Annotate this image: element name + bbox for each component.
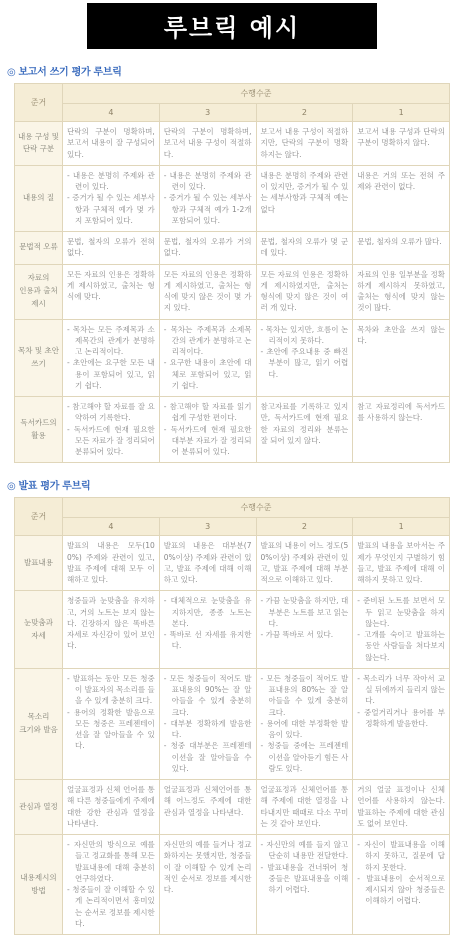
cell-text: 문법, 철자의 오류가 몇 군데 있다.	[261, 236, 349, 259]
cell-text: - 증거가 될 수 있는 세부사항과 구체적 예가 몇 가지 포함되어 있다.	[67, 192, 155, 226]
criteria-cell: 문법적 오류	[15, 232, 63, 265]
cell-text: 내용은 분명히 주제와 관련이 있지만, 증거가 될 수 있는 세부사항과 구체…	[261, 170, 349, 215]
level-cell: - 목차는 모든 주제목과 소제목간의 관계가 분명하고 논리적이다.- 초안에…	[63, 319, 160, 397]
presentation-rubric-table: 준거 수행수준 4321 발표내용발표의 내용은 모두(100%) 주제와 관련…	[14, 497, 450, 935]
level-cell: 내용은 거의 또는 전혀 주제와 관련이 없다.	[353, 165, 450, 231]
cell-text: 자신만의 예를 들거나 정교화하지는 못했지만, 청중들이 잘 이해할 수 있게…	[164, 839, 252, 895]
cell-text: 문법, 철자의 오류가 거의 없다.	[164, 236, 252, 259]
criteria-cell: 목소리 크기와 발음	[15, 668, 63, 779]
cell-text: 얼굴표정과 신체언어를 통해 주제에 대한 열정을 나타내지만 때때로 다소 꾸…	[261, 784, 349, 829]
bullet-circle-icon: ◎	[7, 67, 15, 78]
level-header: 2	[256, 104, 353, 122]
rubric-row: 발표내용발표의 내용은 모두(100%) 주제와 관련이 있고, 발표 주제에 …	[15, 536, 450, 591]
cell-text: - 고개를 숙이고 발표하는 동안 사람들을 쳐다보지 않는다.	[357, 629, 445, 663]
level-cell: 모든 자료의 인용은 정확하게 제시하였고, 출처는 형식에 맞지 않은 것이 …	[159, 264, 256, 319]
presentation-rubric-body: 발표내용발표의 내용은 모두(100%) 주제와 관련이 있고, 발표 주제에 …	[15, 536, 450, 935]
performance-level-header: 수행수준	[63, 498, 450, 518]
cell-text: - 발표내용이 순서적으로 제시되지 않아 청중들은 이해하기 어렵다.	[357, 873, 445, 907]
cell-text: - 대체적으로 눈맞춤을 유지하지만, 종종 노트는 본다.	[164, 595, 252, 629]
cell-text: 목차와 초안을 쓰지 않는다.	[357, 324, 445, 347]
level-header: 4	[63, 104, 160, 122]
report-rubric-body: 내용 구성 및 단락 구분단락의 구분이 명확하며, 보고서 내용이 잘 구성되…	[15, 122, 450, 463]
cell-text: - 용어의 정확한 발음으로 모든 청중은 프레젠테이션을 잘 알아들을 수 있…	[67, 707, 155, 752]
performance-level-header: 수행수준	[63, 84, 450, 104]
level-cell: 보고서 내용 구성이 적절하지만, 단락의 구분이 명확하지는 않다.	[256, 122, 353, 166]
level-cell: 문법, 철자의 오류가 전혀 없다.	[63, 232, 160, 265]
cell-text: 보고서 내용 구성이 적절하지만, 단락의 구분이 명확하지는 않다.	[261, 126, 349, 160]
cell-text: - 참고해야 할 자료를 읽기 쉽게 구성한 편이다.	[164, 401, 252, 424]
level-header: 3	[159, 518, 256, 536]
rubric-row: 내용제시의 방법- 자신만의 방식으로 예를 들고 정교화를 통해 모든 발표내…	[15, 835, 450, 935]
criteria-cell: 자료의 인용과 출처 제시	[15, 264, 63, 319]
cell-text: 단락의 구분이 명확하며, 보고서 내용 구성이 적절하다.	[164, 126, 252, 160]
cell-text: - 내용은 분명히 주제와 관련이 있다.	[67, 170, 155, 193]
cell-text: 발표의 내용을 보아서는 주제가 무엇인지 구별하기 힘들고, 발표 주제에 대…	[357, 540, 445, 585]
cell-text: 모든 자료의 인용은 정확하게 제시하였고, 출처는 형식에 맞다.	[67, 269, 155, 303]
level-cell: 모든 자료의 인용은 정확하게 제시하였지만, 출처는 형식에 맞지 않은 것이…	[256, 264, 353, 319]
cell-text: - 청중들이 잘 이해할 수 있게 논리적이면서 흥미있는 순서로 정보를 제시…	[67, 884, 155, 929]
level-cell: - 내용은 분명히 주제와 관련이 있다.- 증거가 될 수 있는 세부사항과 …	[159, 165, 256, 231]
rubric-row: 목소리 크기와 발음- 발표하는 동안 모든 청중이 발표자의 목소리를 들을 …	[15, 668, 450, 779]
level-header: 3	[159, 104, 256, 122]
header-row-1: 준거 수행수준	[15, 84, 450, 104]
criteria-cell: 내용의 질	[15, 165, 63, 231]
criteria-cell: 관심과 열정	[15, 780, 63, 835]
rubric-page: 루브릭 예시 ◎보고서 쓰기 평가 루브릭 준거 수행수준 4321 내용 구성…	[0, 3, 464, 935]
level-cell: 청중들과 눈맞춤을 유지하고, 거의 노트는 보지 않는다. 긴장하지 않은 똑…	[63, 591, 160, 669]
header-row-2: 4321	[15, 104, 450, 122]
cell-text: - 증거가 될 수 있는 세부사항과 구체적 예가 1-2개 포함되어 있다.	[164, 192, 252, 226]
report-rubric-section: ◎보고서 쓰기 평가 루브릭 준거 수행수준 4321 내용 구성 및 단락 구…	[0, 63, 464, 463]
cell-text: - 청중들 중에는 프레젠테이션을 알아듣기 힘든 사람도 있다.	[261, 740, 349, 774]
cell-text: 보고서 내용 구성과 단락의 구분이 명확하지 않다.	[357, 126, 445, 149]
level-header: 1	[353, 104, 450, 122]
level-header: 1	[353, 518, 450, 536]
cell-text: 단락의 구분이 명확하며, 보고서 내용이 잘 구성되어 있다.	[67, 126, 155, 160]
header-row-2: 4321	[15, 518, 450, 536]
level-cell: 발표의 내용은 모두(100%) 주제와 관련이 있고, 발표 주제에 대해 모…	[63, 536, 160, 591]
level-cell: 문법, 철자의 오류가 거의 없다.	[159, 232, 256, 265]
level-cell: 얼굴표정과 신체언어를 통해 주제에 대한 열정을 나타내지만 때때로 다소 꾸…	[256, 780, 353, 835]
cell-text: - 발표내용을 건너뛰어 청중들은 발표내용을 이해하기 어렵다.	[261, 862, 349, 896]
level-cell: - 모든 청중들이 적어도 발표내용의 90%는 잘 알아들을 수 있게 충분히…	[159, 668, 256, 779]
level-cell: 발표의 내용을 보아서는 주제가 무엇인지 구별하기 힘들고, 발표 주제에 대…	[353, 536, 450, 591]
level-cell: - 자신만의 예를 들지 않고 단순히 내용만 전달한다.- 발표내용을 건너뛰…	[256, 835, 353, 935]
level-cell: 얼굴표정과 신체언어를 통해 어느정도 주제에 대한 관심과 열정을 나타낸다.	[159, 780, 256, 835]
rubric-row: 내용 구성 및 단락 구분단락의 구분이 명확하며, 보고서 내용이 잘 구성되…	[15, 122, 450, 166]
level-cell: - 준비된 노트를 보면서 모두 읽고 눈맞춤을 하지 않는다.- 고개를 숙이…	[353, 591, 450, 669]
cell-text: - 초안에 주요내용 중 빠진 부분이 많고, 읽기 어렵다.	[261, 346, 349, 380]
cell-text: - 청중 대부분은 프레젠테이션을 잘 알아들을 수 있다.	[164, 740, 252, 774]
rubric-row: 눈맞춤과 자세청중들과 눈맞춤을 유지하고, 거의 노트는 보지 않는다. 긴장…	[15, 591, 450, 669]
cell-text: 자료의 인용 일부분을 정확하게 제시하지 못하였고, 출처는 형식에 맞지 않…	[357, 269, 445, 314]
level-cell: - 참고해야 할 자료를 잘 요약하여 기록한다.- 독서카드에 현재 필요한 …	[63, 397, 160, 463]
cell-text: - 용어에 대한 부정확한 발음이 있다.	[261, 718, 349, 741]
level-cell: - 가끔 눈맞춤을 하지만, 대부분은 노트를 보고 읽는다.- 가끔 똑바로 …	[256, 591, 353, 669]
criteria-cell: 발표내용	[15, 536, 63, 591]
cell-text: 얼굴표정과 신체 언어를 통해 다른 청중들에게 주제에 대한 강한 관심과 열…	[67, 784, 155, 829]
level-cell: 내용은 분명히 주제와 관련이 있지만, 증거가 될 수 있는 세부사항과 구체…	[256, 165, 353, 231]
cell-text: - 요구한 내용이 초안에 대체로 포함되어 있고, 읽기 쉽다.	[164, 357, 252, 391]
cell-text: - 내용은 분명히 주제와 관련이 있다.	[164, 170, 252, 193]
section-title-text: 보고서 쓰기 평가 루브릭	[18, 67, 121, 78]
cell-text: 참고자료를 기록하고 있지만, 독서카드에 현재 필요한 자료의 정리와 분류는…	[261, 401, 349, 446]
cell-text: - 대부분 정확하게 발음한다.	[164, 718, 252, 741]
cell-text: 청중들과 눈맞춤을 유지하고, 거의 노트는 보지 않는다. 긴장하지 않은 똑…	[67, 595, 155, 651]
cell-text: - 자신만의 예를 들지 않고 단순히 내용만 전달한다.	[261, 839, 349, 862]
rubric-row: 목차 및 초안 쓰기- 목차는 모든 주제목과 소제목간의 관계가 분명하고 논…	[15, 319, 450, 397]
level-cell: 자료의 인용 일부분을 정확하게 제시하지 못하였고, 출처는 형식에 맞지 않…	[353, 264, 450, 319]
level-cell: - 발표하는 동안 모든 청중이 발표자의 목소리를 들을 수 있게 충분히 크…	[63, 668, 160, 779]
cell-text: 문법, 철자의 오류가 전혀 없다.	[67, 236, 155, 259]
cell-text: 문법, 철자의 오류가 많다.	[357, 236, 445, 247]
level-cell: 발표의 내용이 어느 정도(50%이상) 주제와 관련이 있고, 발표 주제에 …	[256, 536, 353, 591]
cell-text: 얼굴표정과 신체언어를 통해 어느정도 주제에 대한 관심과 열정을 나타낸다.	[164, 784, 252, 818]
rubric-row: 관심과 열정얼굴표정과 신체 언어를 통해 다른 청중들에게 주제에 대한 강한…	[15, 780, 450, 835]
level-cell: - 참고해야 할 자료를 읽기 쉽게 구성한 편이다.- 독서카드에 현재 필요…	[159, 397, 256, 463]
section-title-text: 발표 평가 루브릭	[18, 481, 90, 492]
cell-text: - 똑바로 선 자세를 유지한다.	[164, 629, 252, 652]
cell-text: 모든 자료의 인용은 정확하게 제시하였고, 출처는 형식에 맞지 않은 것이 …	[164, 269, 252, 314]
cell-text: - 목소리가 너무 작아서 교실 뒤에까지 들리지 않는다.	[357, 673, 445, 707]
level-cell: 발표의 내용은 대부분(70%이상) 주제와 관련이 있고, 발표 주제에 대해…	[159, 536, 256, 591]
cell-text: - 목차는 모든 주제목과 소제목간의 관계가 분명하고 논리적이다.	[67, 324, 155, 358]
section-title-report: ◎보고서 쓰기 평가 루브릭	[7, 63, 464, 78]
cell-text: - 중얼거리거나 용어를 부정확하게 발음한다.	[357, 707, 445, 730]
criteria-column-header: 준거	[15, 84, 63, 122]
cell-text: - 목차는 주제목과 소제목간의 관계가 분명하고 논리적이다.	[164, 324, 252, 358]
level-cell: 얼굴표정과 신체 언어를 통해 다른 청중들에게 주제에 대한 강한 관심과 열…	[63, 780, 160, 835]
bullet-circle-icon: ◎	[7, 481, 15, 492]
page-title: 루브릭 예시	[87, 3, 377, 49]
level-header: 4	[63, 518, 160, 536]
cell-text: - 모든 청중들이 적어도 발표내용의 90%는 잘 알아들을 수 있게 충분히…	[164, 673, 252, 718]
level-cell: 문법, 철자의 오류가 많다.	[353, 232, 450, 265]
level-cell: - 내용은 분명히 주제와 관련이 있다.- 증거가 될 수 있는 세부사항과 …	[63, 165, 160, 231]
level-cell: - 대체적으로 눈맞춤을 유지하지만, 종종 노트는 본다.- 똑바로 선 자세…	[159, 591, 256, 669]
rubric-row: 자료의 인용과 출처 제시모든 자료의 인용은 정확하게 제시하였고, 출처는 …	[15, 264, 450, 319]
header-row-1: 준거 수행수준	[15, 498, 450, 518]
cell-text: 모든 자료의 인용은 정확하게 제시하였지만, 출처는 형식에 맞지 않은 것이…	[261, 269, 349, 314]
level-cell: 보고서 내용 구성과 단락의 구분이 명확하지 않다.	[353, 122, 450, 166]
cell-text: 발표의 내용이 어느 정도(50%이상) 주제와 관련이 있고, 발표 주제에 …	[261, 540, 349, 585]
cell-text: - 독서카드에 현재 필요한 대부분 자료가 잘 정리되어 분류되어 있다.	[164, 424, 252, 458]
level-cell: 문법, 철자의 오류가 몇 군데 있다.	[256, 232, 353, 265]
level-cell: 자신만의 예를 들거나 정교화하지는 못했지만, 청중들이 잘 이해할 수 있게…	[159, 835, 256, 935]
section-title-presentation: ◎발표 평가 루브릭	[7, 477, 464, 492]
criteria-cell: 내용 구성 및 단락 구분	[15, 122, 63, 166]
cell-text: - 초안에는 요구한 모든 내용이 포함되어 있고, 읽기 쉽다.	[67, 357, 155, 391]
cell-text: - 준비된 노트를 보면서 모두 읽고 눈맞춤을 하지 않는다.	[357, 595, 445, 629]
cell-text: 거의 얼굴 표정이나 신체 언어를 사용하지 않는다. 발표하는 주제에 대한 …	[357, 784, 445, 829]
level-cell: - 모든 청중들이 적어도 발표내용의 80%는 잘 알아들을 수 있게 충분히…	[256, 668, 353, 779]
criteria-column-header: 준거	[15, 498, 63, 536]
rubric-row: 독서카드의 활용- 참고해야 할 자료를 잘 요약하여 기록한다.- 독서카드에…	[15, 397, 450, 463]
level-cell: - 자신이 발표내용을 이해하지 못하고, 질문에 답하지 못한다.- 발표내용…	[353, 835, 450, 935]
cell-text: 참고 자료정리에 독서카드를 사용하지 않는다.	[357, 401, 445, 424]
cell-text: - 자신이 발표내용을 이해하지 못하고, 질문에 답하지 못한다.	[357, 839, 445, 873]
cell-text: - 모든 청중들이 적어도 발표내용의 80%는 잘 알아들을 수 있게 충분히…	[261, 673, 349, 718]
level-cell: 단락의 구분이 명확하며, 보고서 내용 구성이 적절하다.	[159, 122, 256, 166]
cell-text: - 자신만의 방식으로 예를 들고 정교화를 통해 모든 발표내용에 대해 충분…	[67, 839, 155, 884]
cell-text: 발표의 내용은 대부분(70%이상) 주제와 관련이 있고, 발표 주제에 대해…	[164, 540, 252, 585]
level-cell: 목차와 초안을 쓰지 않는다.	[353, 319, 450, 397]
cell-text: - 독서카드에 현재 필요한 모든 자료가 잘 정리되어 분류되어 있다.	[67, 424, 155, 458]
cell-text: - 참고해야 할 자료를 잘 요약하여 기록한다.	[67, 401, 155, 424]
level-cell: - 목소리가 너무 작아서 교실 뒤에까지 들리지 않는다.- 중얼거리거나 용…	[353, 668, 450, 779]
rubric-row: 내용의 질- 내용은 분명히 주제와 관련이 있다.- 증거가 될 수 있는 세…	[15, 165, 450, 231]
criteria-cell: 눈맞춤과 자세	[15, 591, 63, 669]
level-cell: 모든 자료의 인용은 정확하게 제시하였고, 출처는 형식에 맞다.	[63, 264, 160, 319]
cell-text: - 발표하는 동안 모든 청중이 발표자의 목소리를 들을 수 있게 충분히 크…	[67, 673, 155, 707]
criteria-cell: 내용제시의 방법	[15, 835, 63, 935]
rubric-row: 문법적 오류문법, 철자의 오류가 전혀 없다.문법, 철자의 오류가 거의 없…	[15, 232, 450, 265]
level-cell: - 목차는 있지만, 흐름이 논리적이지 못하다.- 초안에 주요내용 중 빠진…	[256, 319, 353, 397]
report-rubric-table: 준거 수행수준 4321 내용 구성 및 단락 구분단락의 구분이 명확하며, …	[14, 83, 450, 463]
cell-text: - 가끔 똑바로 서 있다.	[261, 629, 349, 640]
cell-text: 발표의 내용은 모두(100%) 주제와 관련이 있고, 발표 주제에 대해 모…	[67, 540, 155, 585]
criteria-cell: 목차 및 초안 쓰기	[15, 319, 63, 397]
cell-text: 내용은 거의 또는 전혀 주제와 관련이 없다.	[357, 170, 445, 193]
level-cell: - 목차는 주제목과 소제목간의 관계가 분명하고 논리적이다.- 요구한 내용…	[159, 319, 256, 397]
presentation-rubric-section: ◎발표 평가 루브릭 준거 수행수준 4321 발표내용발표의 내용은 모두(1…	[0, 477, 464, 935]
level-cell: - 자신만의 방식으로 예를 들고 정교화를 통해 모든 발표내용에 대해 충분…	[63, 835, 160, 935]
cell-text: - 목차는 있지만, 흐름이 논리적이지 못하다.	[261, 324, 349, 347]
cell-text: - 가끔 눈맞춤을 하지만, 대부분은 노트를 보고 읽는다.	[261, 595, 349, 629]
level-cell: 거의 얼굴 표정이나 신체 언어를 사용하지 않는다. 발표하는 주제에 대한 …	[353, 780, 450, 835]
criteria-cell: 독서카드의 활용	[15, 397, 63, 463]
level-cell: 참고 자료정리에 독서카드를 사용하지 않는다.	[353, 397, 450, 463]
level-cell: 단락의 구분이 명확하며, 보고서 내용이 잘 구성되어 있다.	[63, 122, 160, 166]
level-header: 2	[256, 518, 353, 536]
level-cell: 참고자료를 기록하고 있지만, 독서카드에 현재 필요한 자료의 정리와 분류는…	[256, 397, 353, 463]
